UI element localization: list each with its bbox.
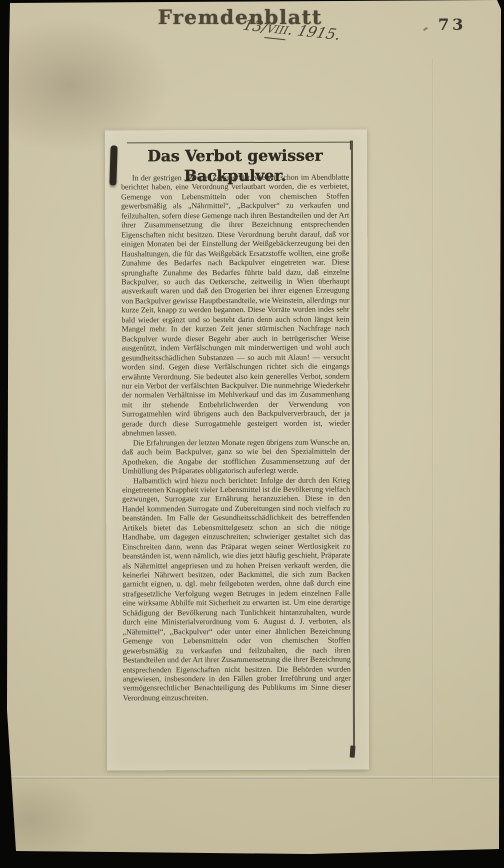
scanned-archive-page: { "colors": { "paper": "#d3caab", "clipp… [0, 0, 504, 868]
newspaper-clipping: Das Verbot gewisser Backpulver. In der g… [105, 130, 369, 771]
ink-blot [109, 145, 117, 185]
vertical-fold-crease [432, 58, 434, 783]
pen-mark [423, 27, 428, 32]
horizontal-fold-crease [10, 776, 500, 779]
page-number: 73 [438, 15, 482, 34]
clipping-column-rule [351, 142, 355, 754]
article-paragraph: In der gestrigen „Wiener Zeitung“ ist, w… [121, 173, 350, 438]
article-body: In der gestrigen „Wiener Zeitung“ ist, w… [121, 173, 351, 703]
article-paragraph: Halbamtlich wird hiezu noch berichtet: I… [122, 475, 351, 703]
paper-sheet: Fremdenblatt 13/VIII. 1915. 73 Das Verbo… [0, 0, 504, 868]
clipping-rule-end-mark [350, 745, 356, 757]
article-paragraph: Die Erfahrungen der letzten Monate regen… [122, 437, 350, 476]
clipping-top-rule [127, 142, 353, 144]
